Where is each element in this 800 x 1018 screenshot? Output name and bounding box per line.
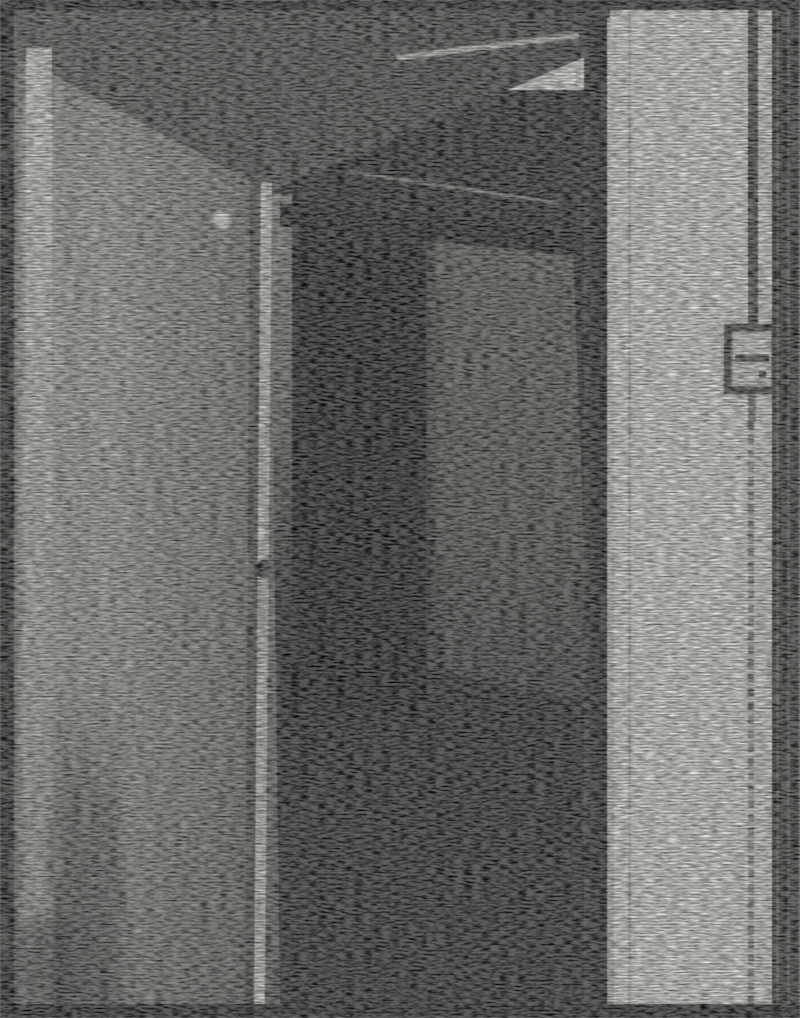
- photo-border-bottom: [0, 1004, 800, 1018]
- conduit-tail: [748, 394, 756, 422]
- junction-box-screw: [759, 371, 766, 378]
- door-corner-shadow: [14, 920, 74, 1006]
- door-frame-light-edge: [607, 18, 614, 1006]
- door-knob: [256, 560, 272, 578]
- right-wall: [596, 0, 800, 1018]
- wall-corner-line: [628, 8, 631, 1008]
- door-frame: [584, 14, 607, 1006]
- inner-wall-panel: [408, 228, 598, 710]
- electrical-conduit: [748, 10, 758, 330]
- photograph: [0, 0, 800, 1018]
- door-reflection: [210, 208, 232, 232]
- photo-border-left: [0, 0, 14, 1018]
- photo-scene: [0, 0, 800, 1018]
- photo-border-top: [0, 0, 800, 10]
- right-edge-stripes: [772, 0, 800, 1018]
- inner-dark-doorway: [288, 248, 426, 706]
- junction-box-slot: [735, 355, 769, 362]
- conduit-continuation: [748, 422, 754, 1005]
- hinge-highlight: [26, 48, 52, 1004]
